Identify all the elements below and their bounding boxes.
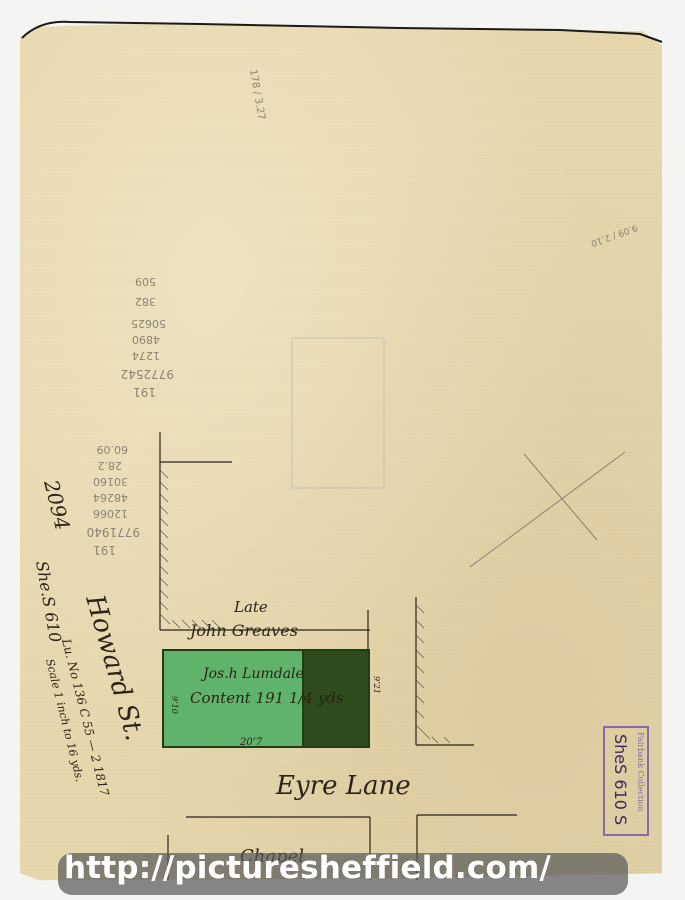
stamp-collection-label: Fairbank Collection bbox=[631, 732, 645, 832]
svg-text:50625: 50625 bbox=[131, 317, 166, 330]
street-label-eyre-lane: Eyre Lane bbox=[275, 771, 411, 801]
stamp-reference: SheS 610 S bbox=[608, 734, 630, 830]
plot-dim-bottom: 20’7 bbox=[239, 737, 263, 748]
plot-owner-label: Jos.h Lumdale bbox=[200, 666, 304, 682]
plot-content-label: Content 191 1/4 yds bbox=[190, 689, 344, 707]
plot-dim-right: 9’21 bbox=[372, 676, 381, 694]
svg-text:509: 509 bbox=[135, 275, 156, 288]
neighbour-late-label: Late bbox=[233, 598, 268, 616]
pencil-cross-mark bbox=[470, 452, 625, 567]
svg-text:382: 382 bbox=[135, 295, 156, 308]
svg-text:9771940: 9771940 bbox=[87, 525, 140, 539]
sheet-ref: She.S 610 bbox=[32, 559, 65, 643]
fairbank-collection-stamp: SheS 610 S Fairbank Collection bbox=[603, 726, 649, 836]
svg-text:28.2: 28.2 bbox=[98, 459, 123, 472]
svg-text:30160: 30160 bbox=[93, 475, 128, 488]
plan-drawing: Late John Greaves Jos.h Lumdale Content … bbox=[0, 0, 685, 900]
watermark-url: http://picturesheffield.com/ bbox=[64, 850, 624, 894]
pencil-note-top: 178 / 3.27 bbox=[247, 69, 267, 121]
pencil-note-right: 9.09 / 2.10 bbox=[589, 222, 639, 248]
svg-text:60.09: 60.09 bbox=[97, 443, 129, 456]
svg-text:48264: 48264 bbox=[93, 491, 128, 504]
svg-text:9772542: 9772542 bbox=[121, 367, 174, 381]
svg-text:191: 191 bbox=[133, 385, 156, 399]
plot-dim-left: 9’10 bbox=[170, 696, 179, 714]
ref-number: 2094 bbox=[39, 476, 75, 532]
pencil-calculations-1: 191 9772542 1274 4890 50625 382 509 bbox=[121, 275, 174, 399]
svg-text:4890: 4890 bbox=[132, 333, 160, 346]
pencil-calculations-2: 191 9771940 12066 48264 30160 28.2 60.09 bbox=[87, 443, 140, 557]
torn-edge bbox=[22, 22, 662, 42]
faint-pencil-rectangle bbox=[292, 338, 384, 488]
svg-text:1274: 1274 bbox=[132, 349, 160, 362]
neighbour-name-label: John Greaves bbox=[187, 621, 298, 640]
svg-text:191: 191 bbox=[93, 543, 116, 557]
svg-text:12066: 12066 bbox=[93, 507, 128, 520]
